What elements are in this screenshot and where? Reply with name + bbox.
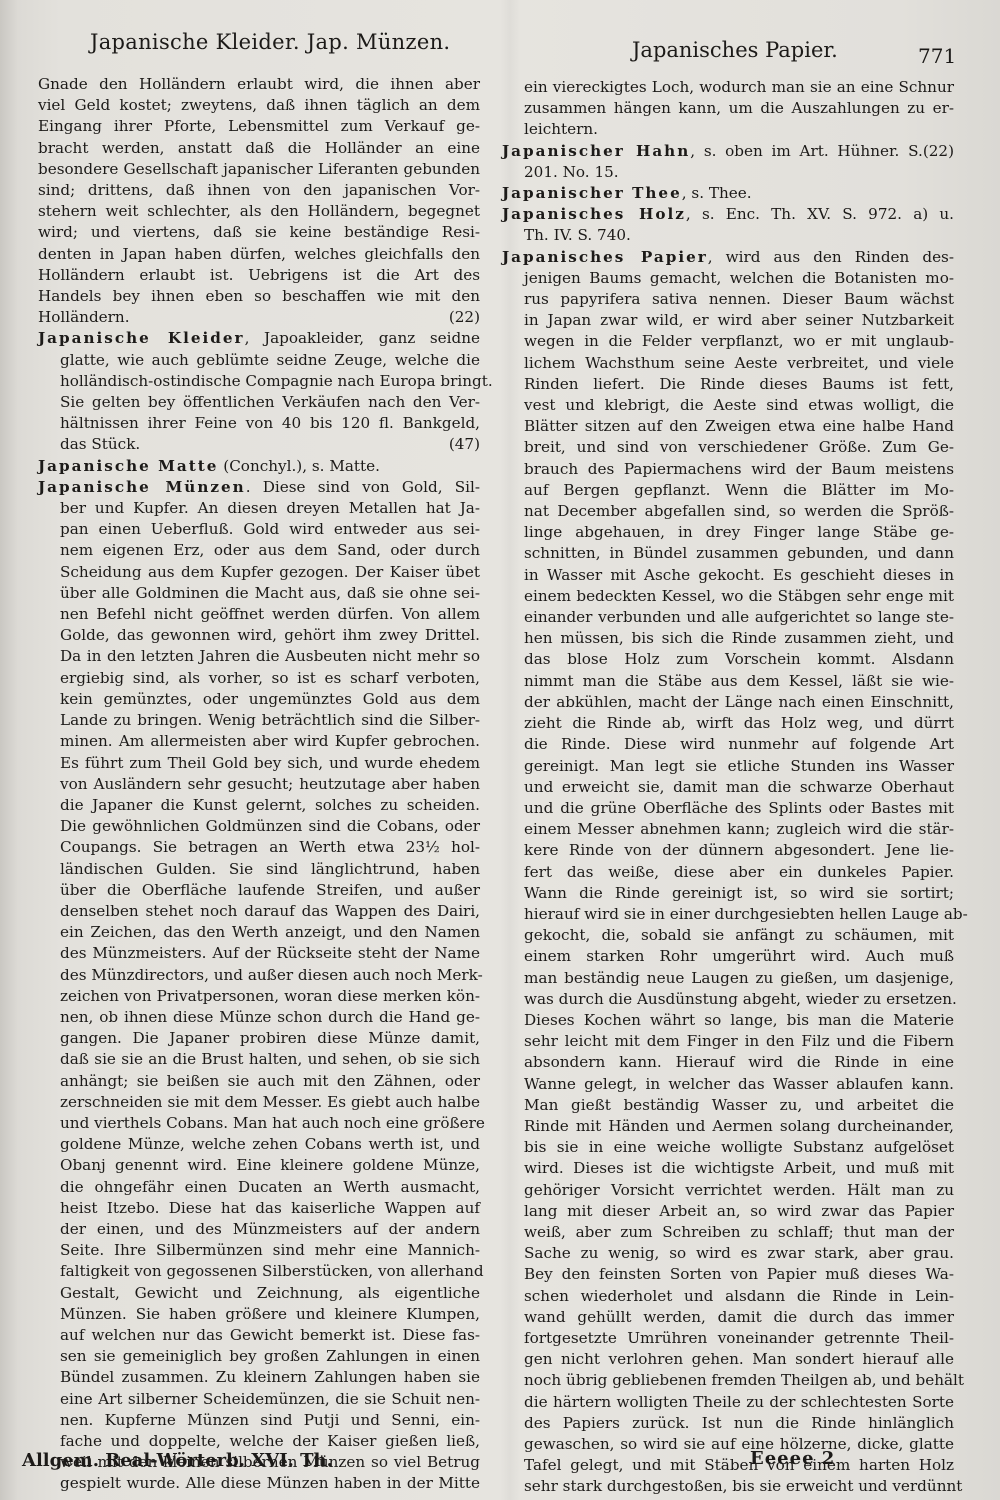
text-line: nat December abgefallen sind, so werden … [502,501,954,522]
text-line: gewaschen, so wird sie auf eine hölzerne… [502,1434,954,1455]
text-line: denten in Japan haben dürfen, welches gl… [38,244,480,265]
entry-lemma: Japanische Matte [38,457,218,475]
text-line: der einen, und des Münzmeisters auf der … [38,1219,480,1240]
text-line: gekocht, die, sobald sie anfängt zu schä… [502,925,954,946]
entry-lemma: Japanischer Hahn [502,142,690,160]
text-line: Lande zu bringen. Wenig beträchtlich sin… [38,710,480,731]
entry-japanische-kleider: Japanische Kleider, Japoakleider, ganz s… [38,328,480,455]
text-line: brauch des Papiermachens wird der Baum m… [502,459,954,480]
text-line: denselben stehet noch darauf das Wappen … [38,901,480,922]
text-line: zieht die Rinde ab, wirft das Holz weg, … [502,713,954,734]
text-line: wird. Dieses ist die wichtigste Arbeit, … [502,1158,954,1179]
text-line: Die gewöhnlichen Goldmünzen sind die Cob… [38,816,480,837]
text-line: Obanj genennt wird. Eine kleinere golden… [38,1155,480,1176]
text-line: des Münzmeisters. Auf der Rückseite steh… [38,943,480,964]
author-ref: (22) [449,307,480,328]
text-line: fert das weiße, diese aber ein dunkeles … [502,862,954,883]
text-line: faltigkeit von gegossenen Silberstücken,… [38,1261,480,1282]
text-line: linge abgehauen, in drey Finger lange St… [502,522,954,543]
entry-text: , Japoakleider, ganz seidne [245,329,480,347]
text-line: Sie gelten bey öffentlichen Verkäufen na… [38,392,480,413]
text-line: einem starken Rohr umgerührt wird. Auch … [502,946,954,967]
text-line: gehöriger Vorsicht verrichtet werden. Hä… [502,1180,954,1201]
text-line: Holländern erlaubt ist. Uebrigens ist di… [38,265,480,286]
text-line: und die grüne Oberfläche des Splints ode… [502,798,954,819]
entry-japanischer-thee: Japanischer Thee, s. Thee. [502,183,954,204]
text-line: anhängt; sie beißen sie auch mit den Zäh… [38,1071,480,1092]
text-line: Golde, das gewonnen wird, gehört ihm zwe… [38,625,480,646]
text-line: nem eigenen Erz, oder aus dem Sand, oder… [38,540,480,561]
text-line: hierauf wird sie in einer durchgesiebten… [502,904,954,925]
text-line: leichtern. [502,119,954,140]
text-line: lichem Wachsthum seine Aeste verbreitet,… [502,353,954,374]
text-line: minen. Am allermeisten aber wird Kupfer … [38,731,480,752]
entry-text: , s. oben im Art. Hühner. S. [690,142,923,160]
text-line: Coupangs. Sie betragen an Werth etwa 23½… [38,837,480,858]
text-line: Rinden liefert. Die Rinde dieses Baums i… [502,374,954,395]
entry-japanisches-papier: Japanisches Papier, wird aus den Rinden … [502,247,954,1498]
text-line: einem bedeckten Kessel, wo die Stäbgen s… [502,586,954,607]
text-line: kein gemünztes, oder ungemünztes Gold au… [38,689,480,710]
text-line: wegen in die Felder verpflanzt, wo er mi… [502,331,954,352]
entry-text: , wird aus den Rinden des- [708,248,954,266]
running-head-right: Japanisches Papier. [632,38,838,62]
text-line: gespielt wurde. Alle diese Münzen haben … [38,1473,480,1494]
entry-lemma: Japanisches Papier [502,248,708,266]
text-line: bracht werden, anstatt daß die Holländer… [38,138,480,159]
entry-text: das Stück. [60,435,140,453]
text-line: viel Geld kostet; zweytens, daß ihnen tä… [38,95,480,116]
text-line: über alle Goldminen die Macht aus, daß s… [38,583,480,604]
left-column: Gnade den Holländern erlaubt wird, die i… [38,74,480,1495]
entry-lemma: Japanische Kleider [38,329,245,347]
entry-japanischer-hahn: Japanischer Hahn, s. oben im Art. Hühner… [502,141,954,183]
text-line: schen wiederholet und alsdann die Rinde … [502,1286,954,1307]
text-line: daß sie sie an die Brust halten, und seh… [38,1049,480,1070]
text-line: nen. Kupferne Münzen sind Putji und Senn… [38,1410,480,1431]
text-line: absondern kann. Hierauf wird die Rinde i… [502,1052,954,1073]
text-line: das blose Holz zum Vorschein kommt. Alsd… [502,649,954,670]
continuation-paragraph: Gnade den Holländern erlaubt wird, die i… [38,74,480,307]
text-line: nimmt man die Stäbe aus dem Kessel, läßt… [502,671,954,692]
text-line: zusammen hängen kann, um die Auszahlunge… [502,98,954,119]
text-line: bis sie in eine weiche wolligte Substanz… [502,1137,954,1158]
text-line: kere Rinde von der dünnern abgesondert. … [502,840,954,861]
entry-japanische-muenzen: Japanische Münzen. Diese sind von Gold, … [38,477,480,1495]
text-line: Handels bey ihnen eben so beschaffen wie… [38,286,480,307]
text-line: fortgesetzte Umrühren voneinander getren… [502,1328,954,1349]
text-line: Dieses Kochen währt so lange, bis man di… [502,1010,954,1031]
entry-text: Th. IV. S. 740. [524,226,631,244]
text-line: einem Messer abnehmen kann; zugleich wir… [502,819,954,840]
text-line: Eingang ihrer Pforte, Lebensmittel zum V… [38,116,480,137]
text-line: hältnissen ihrer Feine von 40 bis 120 fl… [38,413,480,434]
text-line: vest und klebrigt, die Aeste sind etwas … [502,395,954,416]
text-line: ein Zeichen, das den Werth anzeigt, und … [38,922,480,943]
text-line: sind; drittens, daß ihnen von den japani… [38,180,480,201]
running-head-left: Japanische Kleider. Jap. Münzen. [90,30,450,54]
text-line: besondere Gesellschaft japanischer Lifer… [38,159,480,180]
text-line: Es führt zum Theil Gold bey sich, und wu… [38,753,480,774]
entry-text: , s. Thee. [682,184,752,202]
text-line: Sache zu wenig, so wird es zwar stark, a… [502,1243,954,1264]
text-line: stehern weit schlechter, als den Holländ… [38,201,480,222]
text-line: einander verbunden und alle aufgerichtet… [502,607,954,628]
entry-text: , s. Enc. Th. XV. S. 972. a) u. [686,205,954,223]
text-line: heist Itzebo. Diese hat das kaiserliche … [38,1198,480,1219]
text-line: breit, und sind von verschiedener Größe.… [502,437,954,458]
continuation-end: Holländern. (22) [38,307,480,328]
text-line: auf Bergen gepflanzt. Wenn die Blätter i… [502,480,954,501]
text-line: des Münzdirectors, und außer diesen auch… [38,965,480,986]
entry-text: . Diese sind von Gold, Sil- [246,478,480,496]
text-line: ein viereckigtes Loch, wodurch man sie a… [502,77,954,98]
text-line: die ohngefähr einen Ducaten an Werth aus… [38,1177,480,1198]
text-line: auf welchen nur das Gewicht bemerkt ist.… [38,1325,480,1346]
text-line: Wann die Rinde gereinigt ist, so wird si… [502,883,954,904]
text-line: Man gießt beständig Wasser zu, und arbei… [502,1095,954,1116]
text-line: eine Art silberner Scheidemünzen, die si… [38,1389,480,1410]
text-line: des Papiers zurück. Ist nun die Rinde hi… [502,1413,954,1434]
text-line: Bey den feinsten Sorten von Papier muß d… [502,1264,954,1285]
volume-footer: Allgem. Real-Wörterb. XVI. Th. [22,1450,333,1471]
text-line: Gnade den Holländern erlaubt wird, die i… [38,74,480,95]
entry-text: (Conchyl.), s. Matte. [218,457,380,475]
text-line: wand gehüllt werden, damit die durch das… [502,1307,954,1328]
text-line: Tafel gelegt, und mit Stäben von einem h… [502,1455,954,1476]
continuation-paragraph: ein viereckigtes Loch, wodurch man sie a… [502,77,954,141]
right-column: ein viereckigtes Loch, wodurch man sie a… [502,77,954,1498]
entry-japanisches-holz: Japanisches Holz, s. Enc. Th. XV. S. 972… [502,204,954,246]
text-line: lang mit dieser Arbeit an, so wird zwar … [502,1201,954,1222]
text-line: gereinigt. Man legt sie etliche Stunden … [502,756,954,777]
text-line: gen nicht verlohren gehen. Man sondert h… [502,1349,954,1370]
text-line: in Wasser mit Asche gekocht. Es geschieh… [502,565,954,586]
text-line: holländisch-ostindische Compagnie nach E… [38,371,480,392]
author-ref: (47) [449,434,480,455]
text-line: Wanne gelegt, in welcher das Wasser abla… [502,1074,954,1095]
text-line: sehr leicht mit dem Finger in den Filz u… [502,1031,954,1052]
entry-lemma: Japanischer Thee [502,184,682,202]
text-line: in Japan zwar wild, er wird aber seiner … [502,310,954,331]
text-line: hen müssen, bis sich die Rinde zusammen … [502,628,954,649]
text-line: sehr stark durchgestoßen, bis sie erweic… [502,1476,954,1497]
text-line: von Ausländern sehr gesucht; heutzutage … [38,774,480,795]
book-page: Japanische Kleider. Jap. Münzen. Japanis… [0,0,1000,1500]
text-line: Seite. Ihre Silbermünzen sind mehr eine … [38,1240,480,1261]
text-line: ber und Kupfer. An diesen dreyen Metalle… [38,498,480,519]
text-line: nen Befehl nicht geöffnet werden dürfen.… [38,604,480,625]
printer-signature: Eeeee 2 [750,1448,835,1469]
text-line: und erweicht sie, damit man die schwarze… [502,777,954,798]
page-number: 771 [918,44,956,68]
text-line: der abkühlen, macht der Länge nach einen… [502,692,954,713]
text-line: Blätter sitzen auf den Zweigen etwa eine… [502,416,954,437]
text-line: über die Oberfläche laufende Streifen, u… [38,880,480,901]
text-line: wird; und viertens, daß sie keine bestän… [38,222,480,243]
text-line: zerschneiden sie mit dem Messer. Es gieb… [38,1092,480,1113]
text-line: goldene Münze, welche zehen Cobans werth… [38,1134,480,1155]
text-line: die härtern wolligten Theile zu der schl… [502,1392,954,1413]
entry-text: 201. No. 15. [524,163,619,181]
text-line: Rinde mit Händen und Aermen solang durch… [502,1116,954,1137]
text-line: glatte, wie auch geblümte seidne Zeuge, … [38,350,480,371]
text-line: nen, ob ihnen diese Münze schon durch di… [38,1007,480,1028]
text-line: und vierthels Cobans. Man hat auch noch … [38,1113,480,1134]
text-line: sen sie gemeiniglich bey großen Zahlunge… [38,1346,480,1367]
text-line: was durch die Ausdünstung abgeht, wieder… [502,989,954,1010]
author-ref: (22) [923,141,954,162]
text-line: Bündel zusammen. Zu kleinern Zahlungen h… [38,1367,480,1388]
text-line: schnitten, in Bündel zusammen gebunden, … [502,543,954,564]
text-line: gangen. Die Japaner probiren diese Münze… [38,1028,480,1049]
text-line: Gestalt, Gewicht und Zeichnung, als eige… [38,1283,480,1304]
text-line: man beständig neue Laugen zu gießen, um … [502,968,954,989]
text-line: weiß, aber zum Schreiben zu schlaff; thu… [502,1222,954,1243]
text-line: die Japaner die Kunst gelernt, solches z… [38,795,480,816]
text-line: noch übrig gebliebenen fremden Theilgen … [502,1370,954,1391]
text-line: zeichen von Privatpersonen, woran diese … [38,986,480,1007]
text-line: die Rinde. Diese wird nunmehr auf folgen… [502,734,954,755]
text-line: Münzen. Sie haben größere und kleinere K… [38,1304,480,1325]
text-line: Da in den letzten Jahren die Ausbeuten n… [38,646,480,667]
text-line: pan einen Ueberfluß. Gold wird entweder … [38,519,480,540]
continuation-last-line: Holländern. [38,308,130,326]
text-line: ländischen Gulden. Sie sind länglichtrun… [38,859,480,880]
text-line: ergiebig sind, als vorher, so ist es sch… [38,668,480,689]
entry-lemma: Japanisches Holz [502,205,686,223]
text-line: Scheidung aus dem Kupfer gezogen. Der Ka… [38,562,480,583]
entry-japanische-matte: Japanische Matte (Conchyl.), s. Matte. [38,456,480,477]
text-line: jenigen Baums gemacht, welchen die Botan… [502,268,954,289]
entry-lemma: Japanische Münzen [38,478,246,496]
text-line: rus papyrifera sativa nennen. Dieser Bau… [502,289,954,310]
